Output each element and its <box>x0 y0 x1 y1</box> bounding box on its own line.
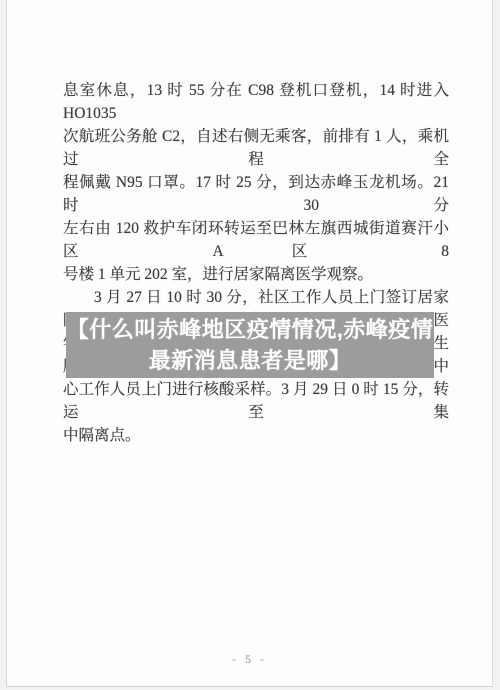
body-line: 号楼 1 单元 202 室，进行居家隔离医学观察。 <box>63 263 449 286</box>
headline-banner-line-2: 最新消息患者是哪】 <box>66 345 434 376</box>
body-text: 息室休息，13 时 55 分在 C98 登机口登机，14 时进入 HO1035 … <box>63 79 449 447</box>
body-line: 程佩戴 N95 口罩。17 时 25 分，到达赤峰玉龙机场。21 时 30 分 <box>63 171 449 217</box>
body-line: 中隔离点。 <box>63 424 449 447</box>
body-line: 心工作人员上门进行核酸采样。3 月 29 日 0 时 15 分，转运至集 <box>63 378 449 424</box>
headline-banner-line-1: 【什么叫赤峰地区疫情情况,赤峰疫情 <box>66 314 434 345</box>
body-line: 息室休息，13 时 55 分在 C98 登机口登机，14 时进入 HO1035 <box>63 79 449 125</box>
page-number: - 5 - <box>7 652 492 667</box>
body-line: 次航班公务舱 C2，自述右侧无乘客，前排有 1 人，乘机过程全 <box>63 125 449 171</box>
headline-banner: 【什么叫赤峰地区疫情情况,赤峰疫情 最新消息患者是哪】 <box>66 312 434 378</box>
document-page: 息室休息，13 时 55 分在 C98 登机口登机，14 时进入 HO1035 … <box>6 0 493 687</box>
body-line: 左右由 120 救护车闭环转运至巴林左旗西城街道赛汗小区 A 区 8 <box>63 217 449 263</box>
